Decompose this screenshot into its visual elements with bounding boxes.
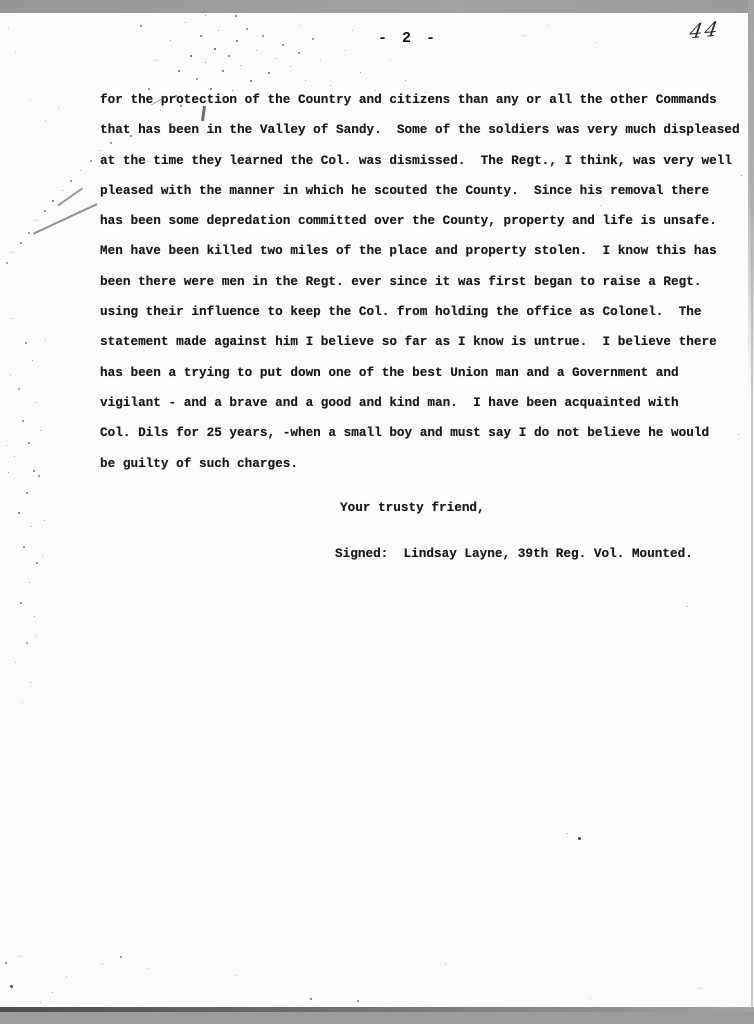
scan-speck <box>246 28 248 30</box>
letter-body: for the protection of the Country and ci… <box>100 85 748 479</box>
scanned-letter-page: - 2 - 44 for the protection of the Count… <box>0 0 754 1024</box>
scan-speck <box>26 642 28 644</box>
scan-speck <box>33 470 35 472</box>
scan-speck <box>52 992 53 993</box>
scan-speck <box>236 40 238 42</box>
scan-speck <box>6 262 8 264</box>
scan-speck <box>235 975 236 976</box>
scan-speck <box>185 22 186 23</box>
scan-speck <box>228 55 230 57</box>
scan-speck <box>10 375 11 376</box>
scan-speck <box>10 985 13 988</box>
scan-edge-top <box>0 0 754 13</box>
scan-speck <box>36 220 37 221</box>
scan-speck <box>14 456 15 457</box>
scan-speck <box>90 160 92 162</box>
typed-line: at the time they learned the Col. was di… <box>100 146 748 176</box>
scan-speck <box>8 472 9 473</box>
scan-speck <box>40 430 41 431</box>
scan-speck <box>18 512 20 514</box>
scan-speck <box>578 837 581 840</box>
scan-speck <box>5 962 7 964</box>
scan-speck <box>282 44 284 46</box>
scan-speck <box>28 442 30 444</box>
scan-speck <box>275 58 276 59</box>
scan-speck <box>44 520 45 521</box>
scan-speck <box>310 998 312 1000</box>
scan-speck <box>35 635 36 636</box>
scan-speck <box>170 40 171 41</box>
scan-speck <box>320 60 321 61</box>
scan-speck <box>23 546 25 548</box>
scan-speck <box>22 702 23 703</box>
scan-speck <box>178 70 180 72</box>
scan-speck <box>40 1002 41 1003</box>
scan-speck <box>12 318 13 319</box>
letter-closing: Your trusty friend, <box>340 500 485 515</box>
scan-speck <box>26 492 28 494</box>
typed-line: pleased with the manner in which he scou… <box>100 176 748 206</box>
scan-speck <box>36 402 37 403</box>
scan-speck <box>196 78 198 80</box>
typed-line: vigilant - and a brave and a good and ki… <box>100 388 748 418</box>
scan-speck <box>240 65 241 66</box>
scan-speck <box>290 66 291 67</box>
scan-speck <box>120 956 122 958</box>
scan-speck <box>300 25 301 26</box>
scan-speck <box>687 606 688 607</box>
scan-speck <box>200 35 202 37</box>
scan-speck <box>360 72 361 73</box>
scan-speck <box>298 52 300 54</box>
scan-speck <box>214 48 216 50</box>
scan-speck <box>30 682 31 683</box>
scan-speck <box>6 445 7 446</box>
scan-speck <box>8 28 9 29</box>
scan-speck <box>155 60 156 61</box>
typed-line: be guilty of such charges. <box>100 449 748 479</box>
scan-speck <box>15 52 16 53</box>
scan-speck <box>548 25 549 26</box>
typed-line: for the protection of the Country and ci… <box>100 85 748 115</box>
scan-speck <box>357 1000 359 1002</box>
scan-speck <box>148 968 149 969</box>
scan-speck <box>390 60 391 61</box>
letter-signature: Signed: Lindsay Layne, 39th Reg. Vol. Mo… <box>335 546 693 561</box>
scan-speck <box>205 15 206 16</box>
scan-speck <box>140 25 142 27</box>
scan-speck <box>222 70 224 72</box>
scan-speck <box>190 55 192 57</box>
scan-speck <box>20 242 22 244</box>
scan-speck <box>44 210 46 212</box>
scan-speck <box>312 38 314 40</box>
scan-speck <box>22 420 24 422</box>
handwritten-page-mark: 44 <box>688 17 722 44</box>
scan-speck <box>445 963 446 964</box>
typed-line: has been a trying to put down one of the… <box>100 358 748 388</box>
scan-speck <box>42 555 43 556</box>
scan-speck <box>29 582 30 583</box>
scan-speck <box>352 30 353 31</box>
typed-line: has been some depredation committed over… <box>100 206 748 236</box>
scan-speck <box>250 80 252 82</box>
scan-speck <box>15 662 16 663</box>
scan-speck <box>268 72 270 74</box>
typed-line: been there were men in the Regt. ever si… <box>100 267 748 297</box>
scan-speck <box>345 50 346 51</box>
scan-speck <box>256 50 257 51</box>
scan-streak <box>33 203 97 234</box>
scan-speck <box>523 35 524 36</box>
typed-line: Col. Dils for 25 years, -when a small bo… <box>100 418 748 448</box>
scan-speck <box>590 998 591 999</box>
scan-speck <box>36 562 38 564</box>
scan-speck <box>80 170 81 171</box>
scan-speck <box>38 475 40 477</box>
scan-speck <box>30 100 31 101</box>
scan-speck <box>305 80 306 81</box>
scan-speck <box>12 252 13 253</box>
scan-streak <box>57 188 82 206</box>
scan-speck <box>218 30 219 31</box>
scan-speck <box>66 976 67 977</box>
scan-speck <box>700 988 701 989</box>
scan-speck <box>34 616 35 617</box>
scan-speck <box>25 342 27 344</box>
scan-edge-bottom-band <box>0 1012 754 1024</box>
page-number: - 2 - <box>378 30 438 47</box>
scan-speck <box>405 80 406 81</box>
scan-speck <box>20 956 21 957</box>
typed-line: using their influence to keep the Col. f… <box>100 297 748 327</box>
scan-speck <box>205 62 206 63</box>
scan-speck <box>262 35 264 37</box>
scan-speck <box>58 108 59 109</box>
scan-speck <box>596 42 597 43</box>
scan-speck <box>18 388 20 390</box>
scan-speck <box>235 15 237 17</box>
typed-line: statement made against him I believe so … <box>100 327 748 357</box>
scan-speck <box>567 833 568 834</box>
scan-speck <box>102 964 103 965</box>
scan-speck <box>28 232 30 234</box>
scan-speck <box>52 200 54 202</box>
scan-edge-right-line <box>751 0 753 1010</box>
typed-line: Men have been killed two miles of the pl… <box>100 236 748 266</box>
typed-line: that has been in the Valley of Sandy. So… <box>100 115 748 145</box>
scan-speck <box>45 340 46 341</box>
scan-speck <box>62 190 63 191</box>
scan-speck <box>45 120 46 121</box>
scan-speck <box>70 180 72 182</box>
scan-speck <box>32 360 33 361</box>
scan-speck <box>20 602 22 604</box>
scan-speck <box>31 526 32 527</box>
